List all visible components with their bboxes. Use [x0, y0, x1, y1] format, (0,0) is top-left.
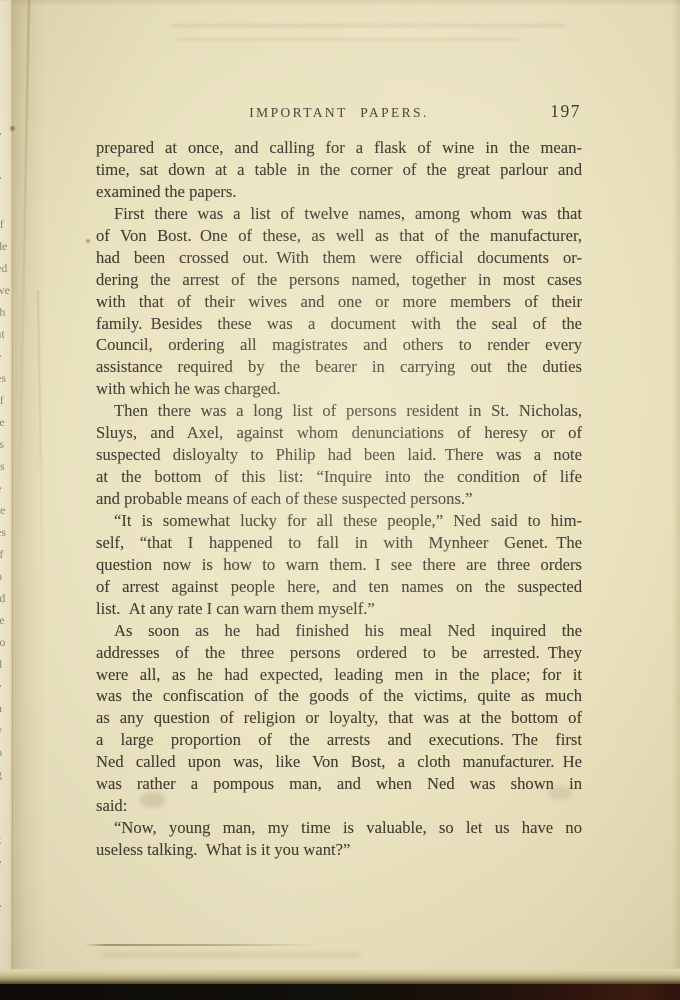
scanned-book-page: { "document": { "running_title": "IMPORT…: [0, 0, 680, 1000]
text-line: were all, as he had expected, leading me…: [96, 664, 582, 686]
margin-text-fragment: e: [0, 128, 1, 140]
margin-text-fragment: we: [0, 284, 10, 296]
text-line: of Von Bost. One of these, as well as th…: [96, 225, 582, 247]
text-line: with that of their wives and one or more…: [96, 291, 582, 313]
text-line: First there was a list of twelve names, …: [96, 203, 582, 225]
scratch-mark: [84, 944, 319, 946]
margin-text-fragment: rs: [0, 460, 5, 472]
margin-text-fragment: ff: [0, 218, 4, 230]
text-line: suspected disloyalty to Philip had been …: [96, 444, 582, 466]
margin-text-fragment: z: [0, 834, 1, 846]
margin-text-fragment: e: [0, 856, 1, 868]
paragraph: prepared at once, and calling for a flas…: [96, 137, 582, 203]
text-line: useless talking. What is it you want?”: [96, 839, 582, 861]
text-line: dering the arrest of the persons named, …: [96, 269, 582, 291]
margin-text-fragment: ed: [0, 262, 7, 274]
text-line: As soon as he had finished his meal Ned …: [96, 620, 582, 642]
text-line: at the bottom of this list: “Inquire int…: [96, 466, 582, 488]
text-line: “It is somewhat lucky for all these peop…: [96, 510, 582, 532]
text-line: self, “that I happened to fall in with M…: [96, 532, 582, 554]
page-top-edge: [0, 0, 680, 6]
margin-text-fragment: if: [0, 548, 3, 560]
text-line: assistance required by the bearer in car…: [96, 356, 582, 378]
text-line: Then there was a long list of persons re…: [96, 400, 582, 422]
margin-text-fragment: d: [0, 658, 2, 670]
text-line: of arrest against people here, and ten n…: [96, 576, 582, 598]
text-line: family. Besides these was a document wit…: [96, 313, 582, 335]
page-right-edge: [672, 0, 680, 984]
margin-text-fragment: s: [0, 150, 1, 162]
paragraph: First there was a list of twelve names, …: [96, 203, 582, 400]
page-number: 197: [550, 101, 581, 122]
paragraph: As soon as he had finished his meal Ned …: [96, 620, 582, 817]
margin-text-fragment: re: [0, 504, 5, 516]
text-line: examined the papers.: [96, 181, 582, 203]
text-line: Ned called upon was, like Von Bost, a cl…: [96, 751, 582, 773]
margin-text-fragment: de: [0, 240, 7, 252]
margin-text-fragment: th: [0, 306, 5, 318]
text-line: addresses of the three persons ordered t…: [96, 642, 582, 664]
margin-text-fragment: le: [0, 416, 5, 428]
text-line: and probable means of each of these susp…: [96, 488, 582, 510]
margin-text-fragment: o: [0, 746, 2, 758]
margin-text-fragment: e: [0, 900, 1, 912]
ink-smudge: [548, 786, 572, 800]
paragraph: “It is somewhat lucky for all these peop…: [96, 510, 582, 620]
margin-text-fragment: ls: [0, 438, 4, 450]
page-edge-stack: [0, 969, 680, 985]
margin-text-fragment: n: [0, 702, 2, 714]
scan-area: eseffdeedwethateesfflelsrsereesifoldtelo…: [0, 0, 680, 1000]
text-line: was the confiscation of the goods of the…: [96, 685, 582, 707]
paragraph: “Now, young man, my time is valuable, so…: [96, 817, 582, 861]
text-line: list. At any rate I can warn them myself…: [96, 598, 582, 620]
ink-smudge: [140, 792, 166, 808]
margin-text-fragment: o: [0, 570, 2, 582]
page-header: IMPORTANT PAPERS. 197: [96, 101, 582, 127]
text-line: as any question of religion or loyalty, …: [96, 707, 582, 729]
margin-text-fragment: s: [0, 878, 1, 890]
margin-text-fragment: es: [0, 372, 6, 384]
text-line: prepared at once, and calling for a flas…: [96, 137, 582, 159]
margin-text-fragment: ff: [0, 394, 4, 406]
margin-text-fragment: e: [0, 350, 1, 362]
margin-text-fragment: es: [0, 526, 6, 538]
text-line: question now is how to warn them. I see …: [96, 554, 582, 576]
text-line: with which he was charged.: [96, 378, 582, 400]
text-line: time, sat down at a table in the corner …: [96, 159, 582, 181]
text-line: Sluys, and Axel, against whom denunciati…: [96, 422, 582, 444]
margin-text-fragment: lo: [0, 636, 5, 648]
text-line: was rather a pompous man, and when Ned w…: [96, 773, 582, 795]
margin-text-fragment: g: [0, 768, 2, 780]
book-cover-edge: [0, 984, 680, 1000]
text-block: prepared at once, and calling for a flas…: [96, 137, 582, 861]
text-line: Council, ordering all magistrates and ot…: [96, 334, 582, 356]
margin-text-fragment: y: [0, 724, 2, 736]
paper-speck: [86, 239, 90, 243]
text-line: had been crossed out. With them were off…: [96, 247, 582, 269]
margin-text-fragment: e: [0, 172, 1, 184]
margin-text-fragment: e: [0, 482, 1, 494]
margin-text-fragment: at: [0, 328, 5, 340]
margin-text-fragment: ld: [0, 592, 5, 604]
text-line: a large proportion of the arrests and ex…: [96, 729, 582, 751]
running-title: IMPORTANT PAPERS.: [96, 105, 582, 121]
paragraph: Then there was a long list of persons re…: [96, 400, 582, 510]
text-line: “Now, young man, my time is valuable, so…: [96, 817, 582, 839]
margin-text-fragment: te: [0, 614, 5, 626]
scan-streak: [178, 38, 518, 41]
margin-text-fragment: e: [0, 680, 1, 692]
paper-speck: [10, 126, 15, 131]
scan-streak: [170, 24, 565, 27]
scan-streak: [100, 952, 360, 958]
facing-page-edge: eseffdeedwethateesfflelsrsereesifoldtelo…: [0, 0, 13, 984]
text-line: said:: [96, 795, 582, 817]
